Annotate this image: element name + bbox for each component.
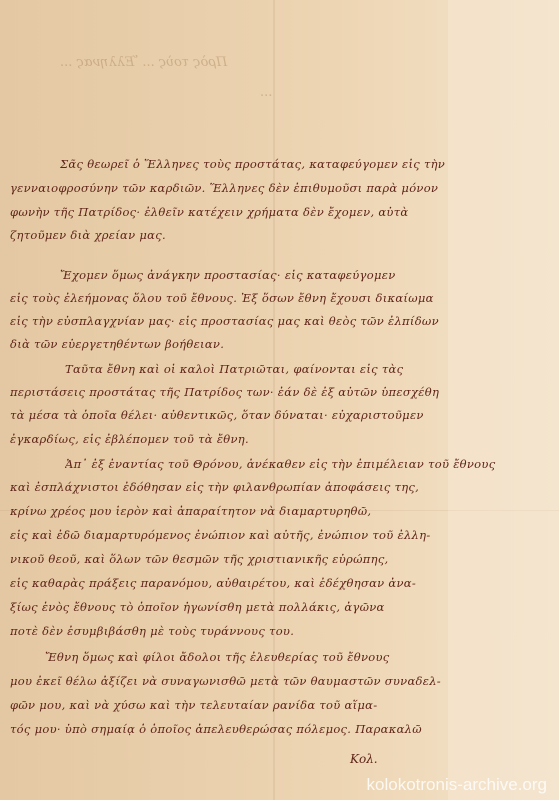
- text-line: διὰ τῶν εὐεργετηθέντων βοήθειαν.: [10, 337, 450, 351]
- signature: Κολ.: [350, 752, 378, 766]
- text-line: Ἔθνη ὅμως καὶ φίλοι ἄδολοι τῆς ἐλευθερία…: [45, 650, 485, 664]
- text-line: Σᾶς θεωρεῖ ὁ Ἕλληνες τοὺς προστάτας, κατ…: [60, 157, 500, 171]
- text-line: Ταῦτα ἔθνη καὶ οἱ καλοὶ Πατριῶται, φαίνο…: [65, 362, 505, 376]
- watermark: kolokotronis-archive.org: [367, 775, 547, 795]
- text-line: τὰ μέσα τὰ ὁποῖα θέλει· αὐθεντικῶς, ὅταν…: [10, 408, 450, 422]
- right-margin: [448, 0, 559, 800]
- text-line: εἰς τοὺς ἐλεήμονας ὅλου τοῦ ἔθνους. Ἐξ ὅ…: [10, 291, 450, 305]
- text-line: κρίνω χρέος μου ἱερὸν καὶ ἀπαραίτητον νὰ…: [10, 504, 450, 518]
- text-line: ξίως ἑνὸς ἔθνους τὸ ὁποῖον ἠγωνίσθη μετὰ…: [10, 600, 450, 614]
- text-line: νικοῦ θεοῦ, καὶ ὅλων τῶν θεσμῶν τῆς χρισ…: [10, 552, 450, 566]
- text-line: ποτὲ δὲν ἐσυμβιβάσθη μὲ τοὺς τυράννους τ…: [10, 624, 450, 638]
- text-line: μου ἐκεῖ θέλω ἀξίζει νὰ συναγωνισθῶ μετὰ…: [10, 674, 450, 688]
- text-line: εἰς τὴν εὐσπλαγχνίαν μας· εἰς προστασίας…: [10, 314, 450, 328]
- text-line: καὶ ἐσπλάχνιστοι ἐδόθησαν εἰς τὴν φιλανθ…: [10, 480, 450, 494]
- text-line: φῶν μου, καὶ νὰ χύσω καὶ τὴν τελευταίαν …: [10, 698, 450, 712]
- manuscript-page: Πρὸς τοὺς ... Ἕλληνας ... ... Σᾶς θεωρεῖ…: [0, 0, 559, 800]
- text-line: περιστάσεις προστάτας τῆς Πατρίδος των· …: [10, 385, 450, 399]
- text-line: ζητοῦμεν διὰ χρείαν μας.: [10, 228, 450, 242]
- text-line: εἰς καθαρὰς πράξεις παρανόμου, αὐθαιρέτο…: [10, 576, 450, 590]
- bleed-through-text: ...: [260, 85, 272, 100]
- text-line: τός μου· ὑπὸ σημαίᾳ ὁ ὁποῖος ἀπελευθερώσ…: [10, 722, 450, 736]
- text-line: γενναιοφροσύνην τῶν καρδιῶν. Ἕλληνες δὲν…: [10, 181, 450, 195]
- text-line: Ἀπ᾽ ἐξ ἐναντίας τοῦ Θρόνου, ἀνέκαθεν εἰς…: [65, 457, 505, 471]
- text-line: εἰς καὶ ἐδῶ διαμαρτυρόμενος ἐνώπιον καὶ …: [10, 528, 450, 542]
- bleed-through-text: Πρὸς τοὺς ... Ἕλληνας ...: [60, 55, 227, 70]
- text-line: ἐγκαρδίως, εἰς ἐβλέπομεν τοῦ τὰ ἔθνη.: [10, 432, 450, 446]
- text-line: Ἔχομεν ὅμως ἀνάγκην προστασίας· εἰς κατα…: [60, 268, 500, 282]
- text-line: φωνὴν τῆς Πατρίδος· ἐλθεῖν κατέχειν χρήμ…: [10, 205, 450, 219]
